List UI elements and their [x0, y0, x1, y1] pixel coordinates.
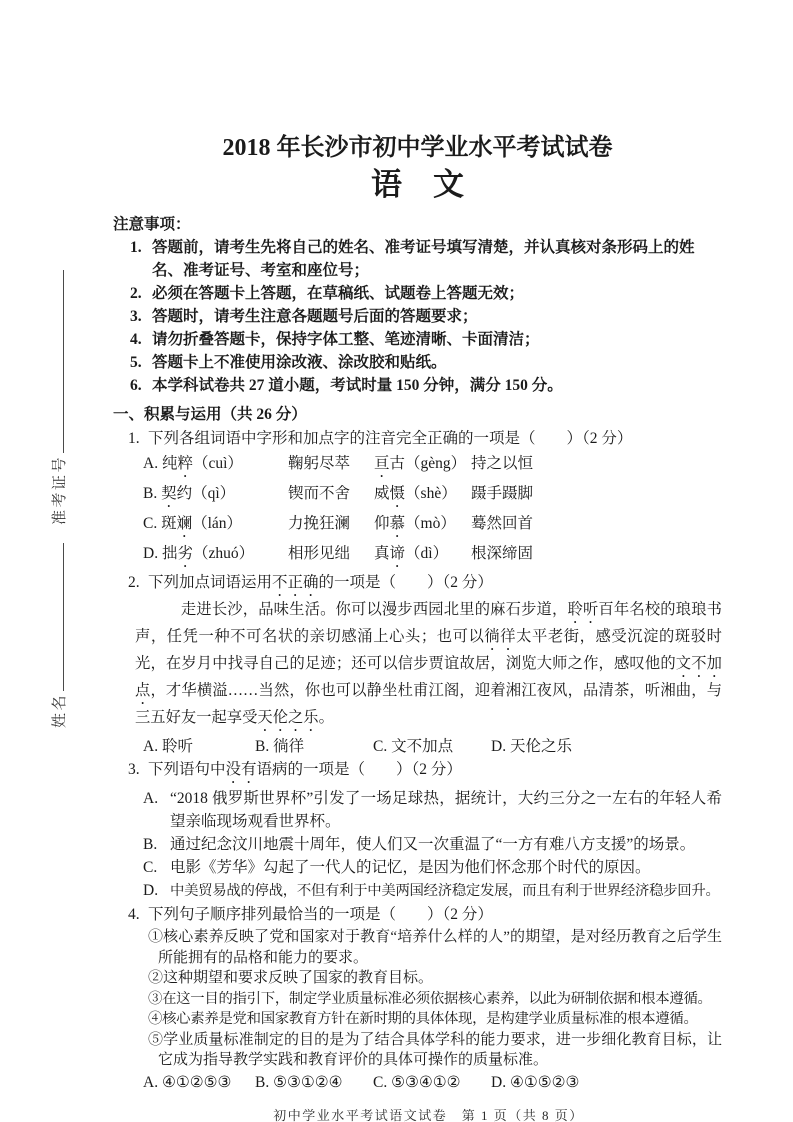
notice-item-number: 6.: [130, 374, 142, 397]
text-segment: （lán）: [192, 515, 242, 532]
name-field: 姓名: [48, 543, 69, 728]
notice-title: 注意事项：: [113, 213, 722, 236]
q1-option-cell: 威慑（shè）: [374, 481, 471, 511]
question-4-stem: 4. 下列句子顺序排列最恰当的一项是（ ）（2 分）: [113, 903, 722, 927]
q1-option-cell: A. 纯粹（cuì）: [143, 451, 288, 481]
emphasized-text: 慕: [390, 515, 406, 532]
q1-option-cell: 蓦然回首: [471, 511, 722, 541]
ticket-number-label: 准考证号: [52, 455, 68, 525]
q3-option-d: D. 中美贸易战的停战，不但有利于中美两国经济稳定发展，而且有利于世界经济稳步回…: [113, 879, 722, 903]
text-segment: 仰: [374, 515, 390, 532]
q3-option-b: B. 通过纪念汶川地震十周年，使人们又一次重温了“一方有难八方支援”的场景。: [113, 833, 722, 856]
emphasized-text: 斓: [177, 515, 193, 532]
question-number: 1.: [128, 427, 140, 451]
question-number: 4.: [128, 903, 140, 927]
notice-item: 5. 答题卡上不准使用涂改液、涂改胶和贴纸。: [113, 351, 722, 374]
option-letter: D.: [143, 879, 158, 902]
emphasized-text: 劣: [177, 545, 193, 562]
text-segment: （dì）: [405, 545, 448, 562]
text-segment: ，才华横溢……当然，你也可以静坐杜甫江阁，迎着湘江夜风，品清茶，听湘曲，与三五好…: [135, 682, 722, 726]
text-segment: 走进长沙，品味生活。你可以漫步西园北里的麻石步道，: [181, 601, 568, 618]
notice-item-number: 3.: [130, 305, 142, 328]
q1-option-cell: 力挽狂澜: [288, 511, 374, 541]
name-blank: [50, 543, 64, 691]
notice-item-text: 请勿折叠答题卡，保持字体工整、笔迹清晰、卡面清洁；: [152, 331, 540, 348]
text-segment: （mò）: [405, 515, 456, 532]
question-stem-text: 下列加点词语运用不正确的一项是（ ）（2 分）: [148, 574, 493, 591]
q4-sentence-1: ①核心素养反映了党和国家对于教育“培养什么样的人”的期望，是对经历教育之后学生所…: [148, 927, 722, 968]
text-segment: 根深缔固: [471, 545, 533, 562]
notice-item-number: 4.: [130, 328, 142, 351]
notice-item-text: 答题卡上不准使用涂改液、涂改胶和贴纸。: [152, 354, 447, 371]
q2-option-a: A. 聆听: [143, 735, 255, 758]
exam-subject-title: 语 文: [113, 165, 722, 205]
notice-section: 注意事项： 1. 答题前，请考生先将自己的姓名、准考证号填写清楚，并认真核对条形…: [113, 213, 722, 397]
question-2-options: A. 聆听 B. 徜徉 C. 文不加点 D. 天伦之乐: [143, 735, 722, 758]
emphasized-text: 慑: [390, 485, 406, 502]
text-segment: 。: [319, 709, 334, 726]
question-1-options: A. 纯粹（cuì） 鞠躬尽萃 亘古（gèng） 持之以恒 B. 契约（qì） …: [143, 451, 722, 571]
q4-sentence-2: ②这种期望和要求反映了国家的教育目标。: [148, 968, 722, 989]
q1-option-cell: 真谛（dì）: [374, 541, 471, 571]
text-segment: C. 斑: [143, 515, 177, 532]
option-text: 电影《芳华》勾起了一代人的记忆，是因为他们怀念那个时代的原因。: [170, 859, 651, 876]
notice-item-text: 答题时，请考生注意各题题号后面的答题要求；: [152, 308, 478, 325]
notice-item-number: 2.: [130, 282, 142, 305]
q2-option-c: C. 文不加点: [373, 735, 491, 758]
notice-item-number: 5.: [130, 351, 142, 374]
q4-sentence-5: ⑤学业质量标准制定的目的是为了结合具体学科的能力要求，进一步细化教育目标，让它成…: [148, 1030, 722, 1071]
text-segment: （cuì）: [193, 455, 243, 472]
option-letter: B.: [143, 833, 157, 856]
emphasized-text: 谛: [390, 545, 406, 562]
text-segment: 锲而不舍: [288, 485, 350, 502]
question-3: 3. 下列语句中没有语病的一项是（ ）（2 分） A. “2018 俄罗斯世界杯…: [113, 758, 722, 903]
question-4: 4. 下列句子顺序排列最恰当的一项是（ ）（2 分） ①核心素养反映了党和国家对…: [113, 903, 722, 1094]
page-footer: 初中学业水平考试语文试卷 第 1 页（共 8 页）: [113, 1107, 722, 1122]
emphasized-text: 契: [161, 485, 177, 502]
ticket-number-blank: [50, 270, 64, 453]
exam-title: 2018 年长沙市初中学业水平考试试卷: [113, 133, 722, 163]
text-segment: （zhuó）: [193, 545, 254, 562]
text-segment: A. 纯: [143, 455, 177, 472]
q1-option-cell: 亘古（gèng）: [374, 451, 471, 481]
option-letter: C.: [143, 856, 157, 879]
text-segment: 鞠躬尽萃: [288, 455, 350, 472]
question-3-stem: 3. 下列语句中没有语病的一项是（ ）（2 分）: [113, 758, 722, 787]
question-number: 3.: [128, 758, 140, 782]
question-2-passage: 走进长沙，品味生活。你可以漫步西园北里的麻石步道，聆听百年名校的琅琅书声，任凭一…: [135, 600, 722, 735]
notice-item-text: 必须在答题卡上答题，在草稿纸、试题卷上答题无效；: [152, 285, 524, 302]
q1-option-cell: B. 契约（qì）: [143, 481, 288, 511]
question-stem-text: 下列句子顺序排列最恰当的一项是（ ）（2 分）: [148, 906, 493, 923]
notice-item-text: 答题前，请考生先将自己的姓名、准考证号填写清楚，并认真核对条形码上的姓名、准考证…: [152, 239, 695, 279]
text-segment: 威: [374, 485, 390, 502]
text-segment: 语病的一项是（ ）（2 分）: [257, 761, 462, 778]
emphasized-text: 没有: [226, 761, 257, 778]
question-stem-text: 下列语句中没有语病的一项是（ ）（2 分）: [148, 761, 462, 778]
emphasized-text: 聆听: [567, 601, 598, 618]
option-text: 通过纪念汶川地震十周年，使人们又一次重温了“一方有难八方支援”的场景。: [170, 836, 695, 853]
text-segment: 力挽狂澜: [288, 515, 350, 532]
text-segment: 下列加点词语运用: [148, 574, 272, 591]
emphasized-text: 徜徉: [484, 628, 516, 645]
q3-option-a: A. “2018 俄罗斯世界杯”引发了一场足球热，据统计，大约三分之一左右的年轻…: [113, 787, 722, 833]
q1-option-cell: 根深缔固: [471, 541, 722, 571]
option-text: “2018 俄罗斯世界杯”引发了一场足球热，据统计，大约三分之一左右的年轻人希望…: [170, 790, 722, 830]
text-segment: D. 拙: [143, 545, 177, 562]
question-1: 1. 下列各组词语中字形和加点字的注音完全正确的一项是（ ）（2 分） A. 纯…: [113, 427, 722, 571]
exam-content: 2018 年长沙市初中学业水平考试试卷 语 文 注意事项： 1. 答题前，请考生…: [113, 0, 722, 1122]
q1-option-cell: 仰慕（mò）: [374, 511, 471, 541]
question-number: 2.: [128, 571, 140, 595]
section-1-title: 一、积累与运用（共 26 分）: [113, 403, 722, 427]
notice-item-text: 本学科试卷共 27 道小题，考试时量 150 分钟，满分 150 分。: [152, 377, 563, 394]
question-2: 2. 下列加点词语运用不正确的一项是（ ）（2 分） 走进长沙，品味生活。你可以…: [113, 571, 722, 758]
text-segment: 古（gèng）: [390, 455, 467, 472]
option-text: 中美贸易战的停战，不但有利于中美两国经济稳定发展，而且有利于世界经济稳步回升。: [170, 883, 720, 899]
text-segment: 蹑手蹑脚: [471, 485, 533, 502]
text-segment: 相形见绌: [288, 545, 350, 562]
name-label: 姓名: [52, 693, 68, 728]
notice-item: 1. 答题前，请考生先将自己的姓名、准考证号填写清楚，并认真核对条形码上的姓名、…: [113, 236, 722, 282]
notice-item: 6. 本学科试卷共 27 道小题，考试时量 150 分钟，满分 150 分。: [113, 374, 722, 397]
q4-option-c: C. ⑤③④①②: [373, 1071, 491, 1094]
q1-option-cell: 锲而不舍: [288, 481, 374, 511]
text-segment: 的一项是（ ）（2 分）: [319, 574, 493, 591]
question-2-stem: 2. 下列加点词语运用不正确的一项是（ ）（2 分）: [113, 571, 722, 600]
ticket-number-field: 准考证号: [48, 270, 69, 525]
notice-item: 2. 必须在答题卡上答题，在草稿纸、试题卷上答题无效；: [113, 282, 722, 305]
q2-option-b: B. 徜徉: [255, 735, 373, 758]
q1-option-cell: D. 拙劣（zhuó）: [143, 541, 288, 571]
emphasized-text: 天伦之乐: [257, 709, 318, 726]
question-4-options: A. ④①②⑤③ B. ⑤③①②④ C. ⑤③④①② D. ④①⑤②③: [143, 1071, 722, 1094]
q3-option-c: C. 电影《芳华》勾起了一代人的记忆，是因为他们怀念那个时代的原因。: [113, 856, 722, 879]
q4-option-a: A. ④①②⑤③: [143, 1071, 255, 1094]
notice-item: 4. 请勿折叠答题卡，保持字体工整、笔迹清晰、卡面清洁；: [113, 328, 722, 351]
emphasized-text: 不正确: [272, 574, 319, 591]
q1-option-cell: 鞠躬尽萃: [288, 451, 374, 481]
text-segment: 蓦然回首: [471, 515, 533, 532]
text-segment: 真: [374, 545, 390, 562]
text-segment: 约（qì）: [177, 485, 236, 502]
option-letter: A.: [143, 787, 158, 810]
notice-item: 3. 答题时，请考生注意各题题号后面的答题要求；: [113, 305, 722, 328]
q4-sentence-4: ④核心素养是党和国家教育方针在新时期的具体体现，是构建学业质量标准的根本遵循。: [148, 1009, 722, 1030]
q4-sentence-3: ③在这一目的指引下，制定学业质量标准必须依据核心素养，以此为研制依据和根本遵循。: [148, 989, 722, 1010]
text-segment: 下列语句中: [148, 761, 226, 778]
exam-paper-page: { "page": { "title_line1": "2018 年长沙市初中学…: [0, 0, 793, 1122]
q4-option-b: B. ⑤③①②④: [255, 1071, 373, 1094]
q1-option-cell: C. 斑斓（lán）: [143, 511, 288, 541]
text-segment: B.: [143, 485, 161, 502]
q2-option-d: D. 天伦之乐: [491, 735, 722, 758]
q1-option-cell: 相形见绌: [288, 541, 374, 571]
q4-option-d: D. ④①⑤②③: [491, 1071, 722, 1094]
emphasized-text: 粹: [177, 455, 193, 472]
q1-option-cell: 持之以恒: [471, 451, 722, 481]
question-stem-text: 下列各组词语中字形和加点字的注音完全正确的一项是（ ）（2 分）: [148, 430, 632, 447]
text-segment: （shè）: [405, 485, 457, 502]
notice-item-number: 1.: [130, 236, 142, 259]
question-1-stem: 1. 下列各组词语中字形和加点字的注音完全正确的一项是（ ）（2 分）: [113, 427, 722, 451]
text-segment: 持之以恒: [471, 455, 533, 472]
emphasized-text: 亘: [374, 455, 390, 472]
q1-option-cell: 蹑手蹑脚: [471, 481, 722, 511]
